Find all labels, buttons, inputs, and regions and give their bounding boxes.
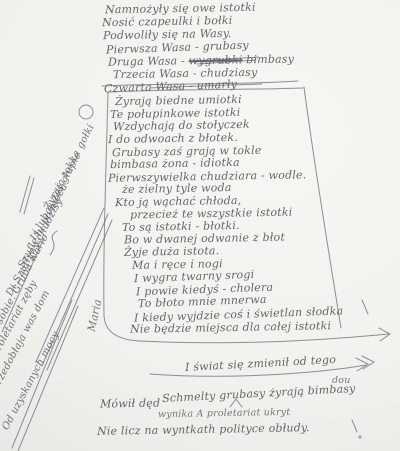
- poem-line: I do odwoach z błotek.: [108, 132, 238, 145]
- sweep-arrowhead: [379, 328, 390, 341]
- poem-line-with-correction: Druga Wasa - wygrubki bimbasy: [108, 53, 294, 67]
- stanza-box-right-edge: [304, 87, 341, 328]
- dictum-lead: Mówił dęd: [100, 397, 160, 409]
- poem-line: Żyje duża istota.: [124, 245, 220, 258]
- margin-strike: [47, 220, 112, 370]
- stanza-box-bottom-sweep: [140, 334, 388, 343]
- inserted-correction: wynika A proletariat ukryt: [158, 408, 290, 420]
- margin-strike: [24, 178, 34, 214]
- poem-line: przecież te wszystkie istotki: [130, 207, 293, 221]
- margin-name: Maria: [87, 298, 104, 332]
- dictum-line: Schmelty grubasy żyrają bimbasy: [162, 383, 356, 404]
- underline-arrowhead: [356, 358, 368, 371]
- margin-strike: [20, 176, 30, 212]
- margin-scrawl: Od uzyskanych mocy: [1, 330, 61, 432]
- underline-arrowhead: [362, 356, 374, 369]
- ink-dot: [359, 436, 361, 438]
- margin-strike: [12, 300, 72, 448]
- poem-line-crossed-out: Czwarta Wasa - umarły: [104, 79, 237, 95]
- poem-line: Żyrają biedne umiotki: [115, 94, 242, 107]
- squiggle-doodle: [50, 231, 57, 255]
- stray-stroke: [362, 300, 368, 314]
- handwritten-page: Namnożyły się owe istotki Nosić czapeulk…: [0, 0, 400, 451]
- poem-line: Nie będzie miejsca dla całej istotki: [130, 320, 331, 335]
- poem-line: bimbasa żona - idiotka: [110, 157, 240, 170]
- line-post: bimbasy: [246, 52, 294, 66]
- poem-line: Nosić czapeulki i bołki: [102, 15, 233, 28]
- underlined-arrow-line: I świat się zmienił od tego: [185, 354, 337, 373]
- poem-line: Nie licz na wyntkath polityce obłudy.: [97, 422, 310, 437]
- stray-stroke: [352, 420, 357, 432]
- crossed-out-word: wygrubki: [189, 53, 243, 67]
- poem-line: że zielny tyle woda: [122, 182, 232, 195]
- poem-line: Bo w dwanej odwanie z błot: [124, 232, 285, 246]
- loop-doodle: [79, 105, 93, 119]
- poem-line: Namnożyły się owe istotki: [105, 2, 256, 16]
